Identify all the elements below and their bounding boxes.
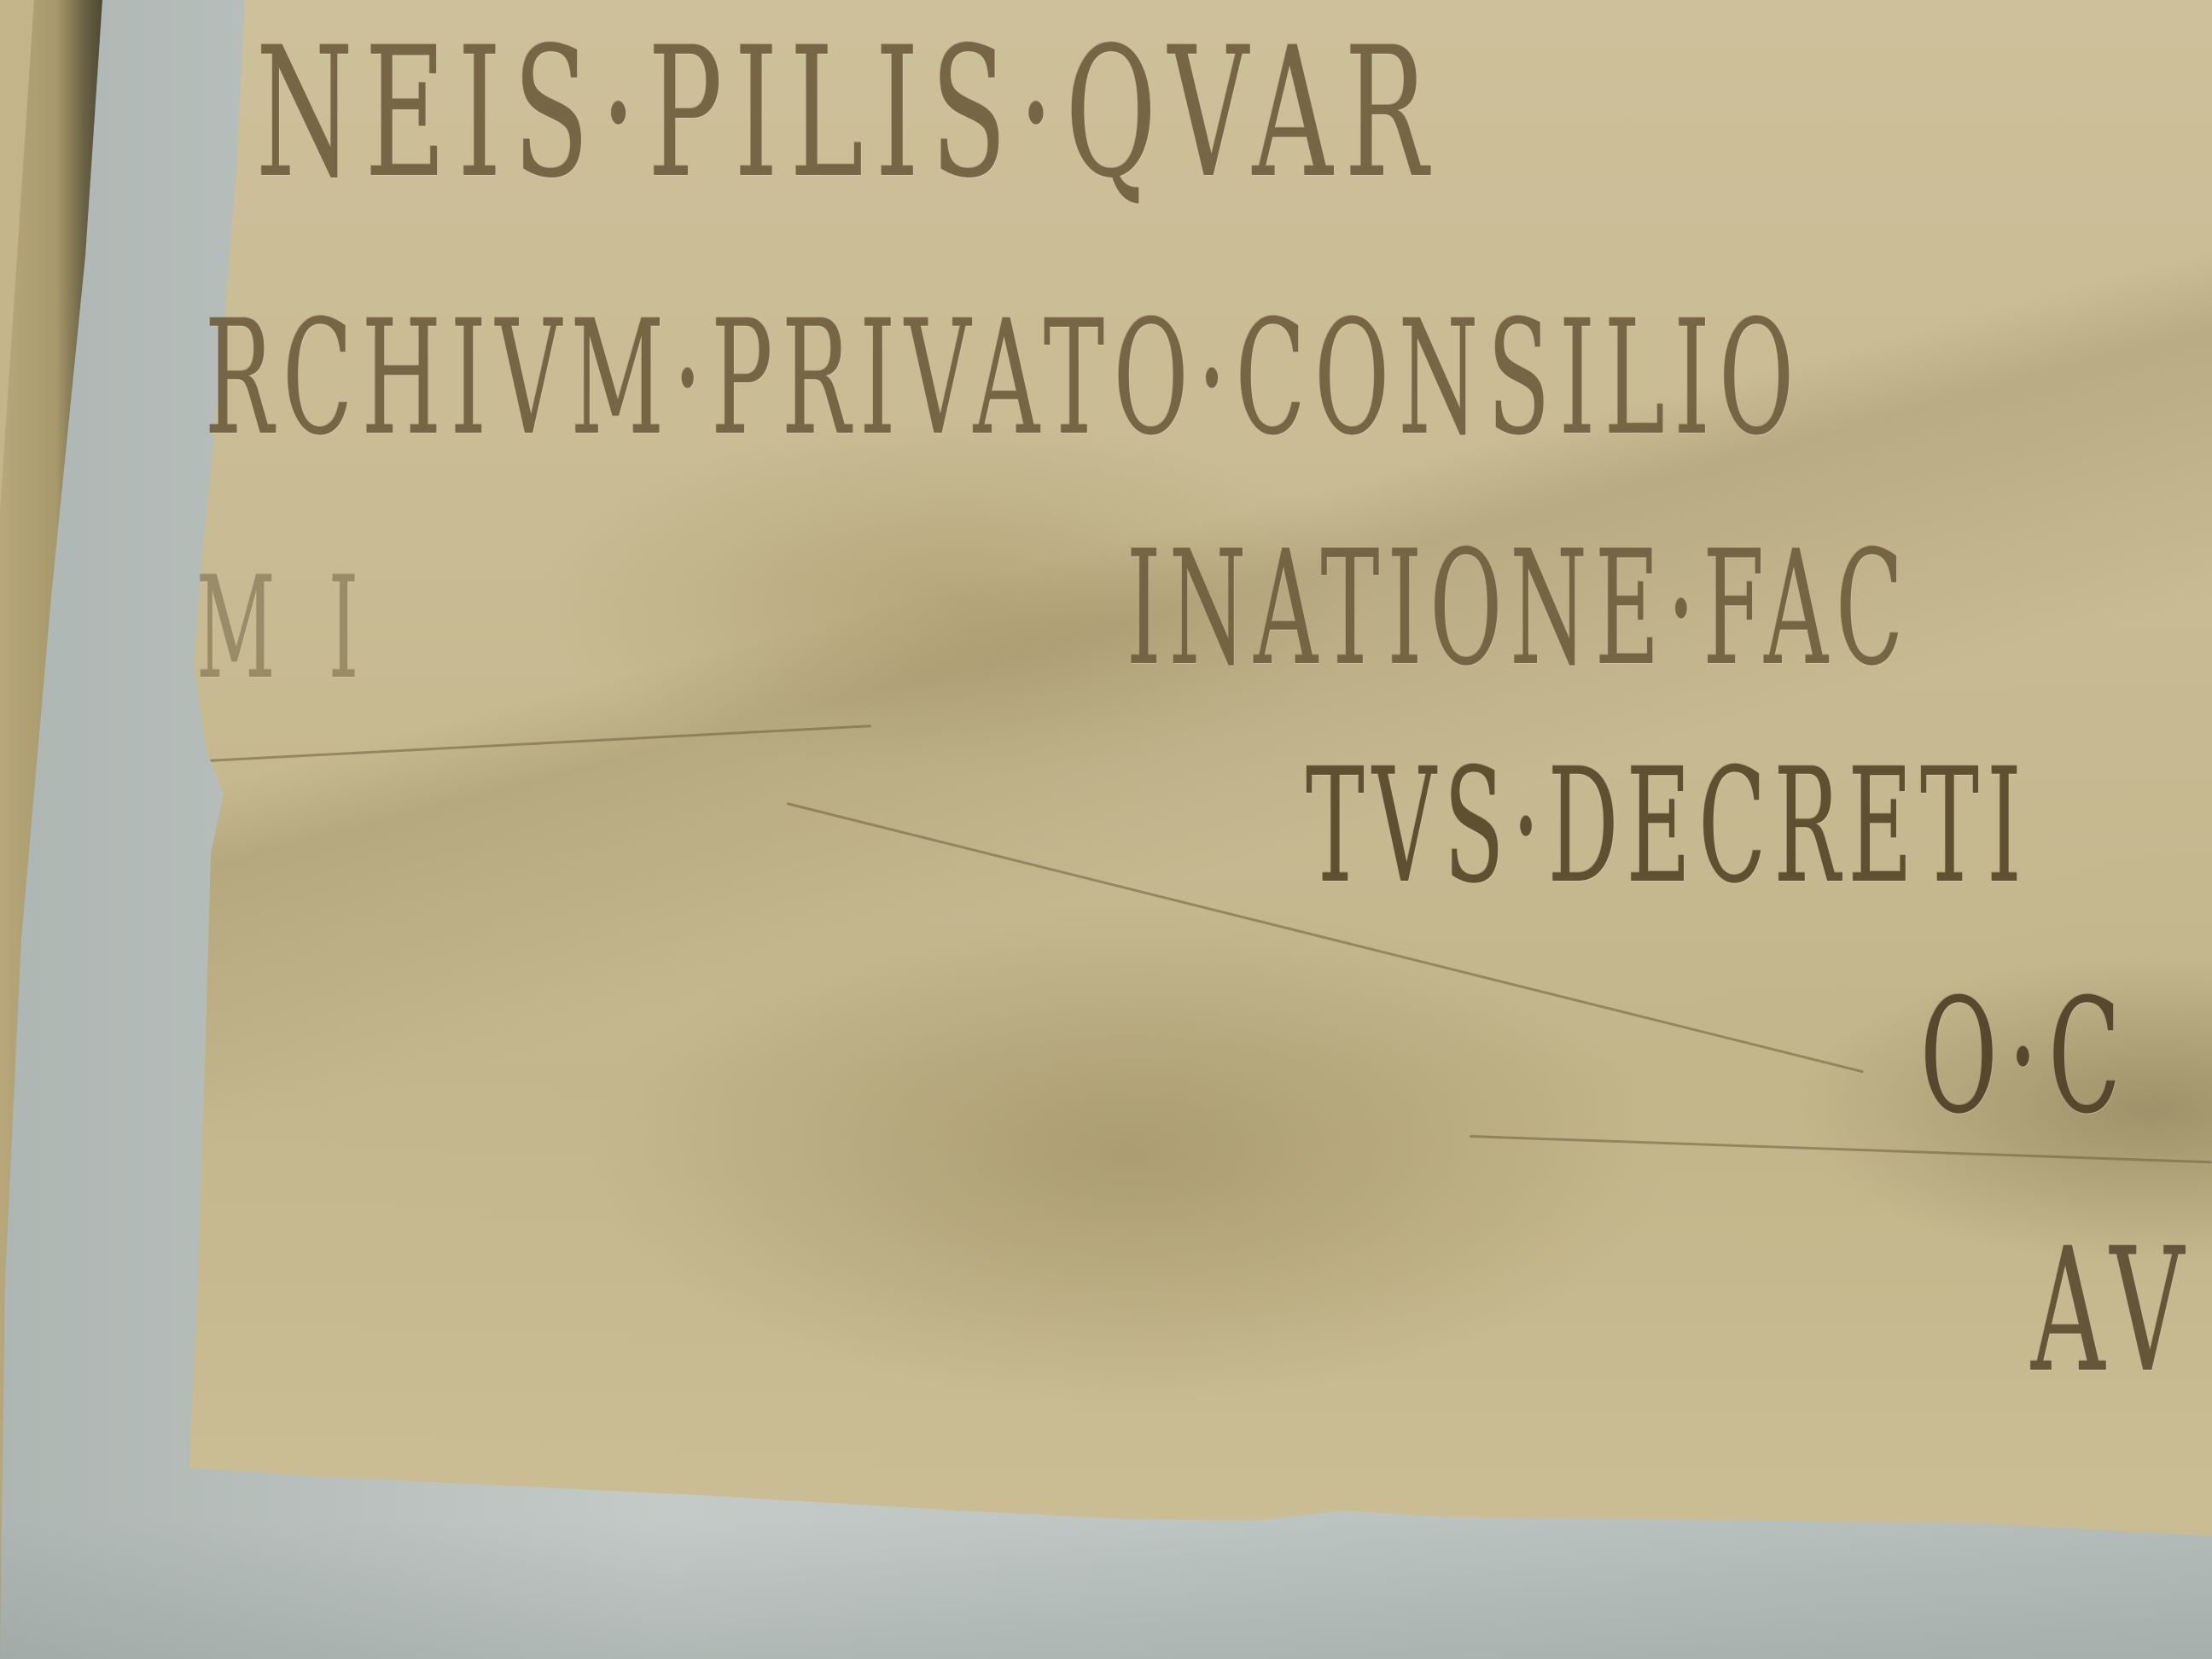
inscription-line-5: O·C [1920, 964, 2131, 1149]
inscription-line-1: NEIS·PILIS·QVAR [256, 9, 1440, 218]
inscription-line-4: TVS·DECRETI [1306, 734, 2029, 918]
inscription-line-3-fragment: M I [196, 546, 373, 710]
inscription-line-3: INATIONE·FAC [1126, 516, 1911, 701]
inscription-line-6: AV [2031, 1212, 2194, 1411]
inscription-line-2: RCHIVM·PRIVATO·CONSILIO [205, 286, 1803, 470]
photo-scene: NEIS·PILIS·QVAR RCHIVM·PRIVATO·CONSILIO … [0, 0, 2212, 1659]
wall-shadow [0, 1519, 2212, 1659]
surface-crack [207, 725, 871, 762]
